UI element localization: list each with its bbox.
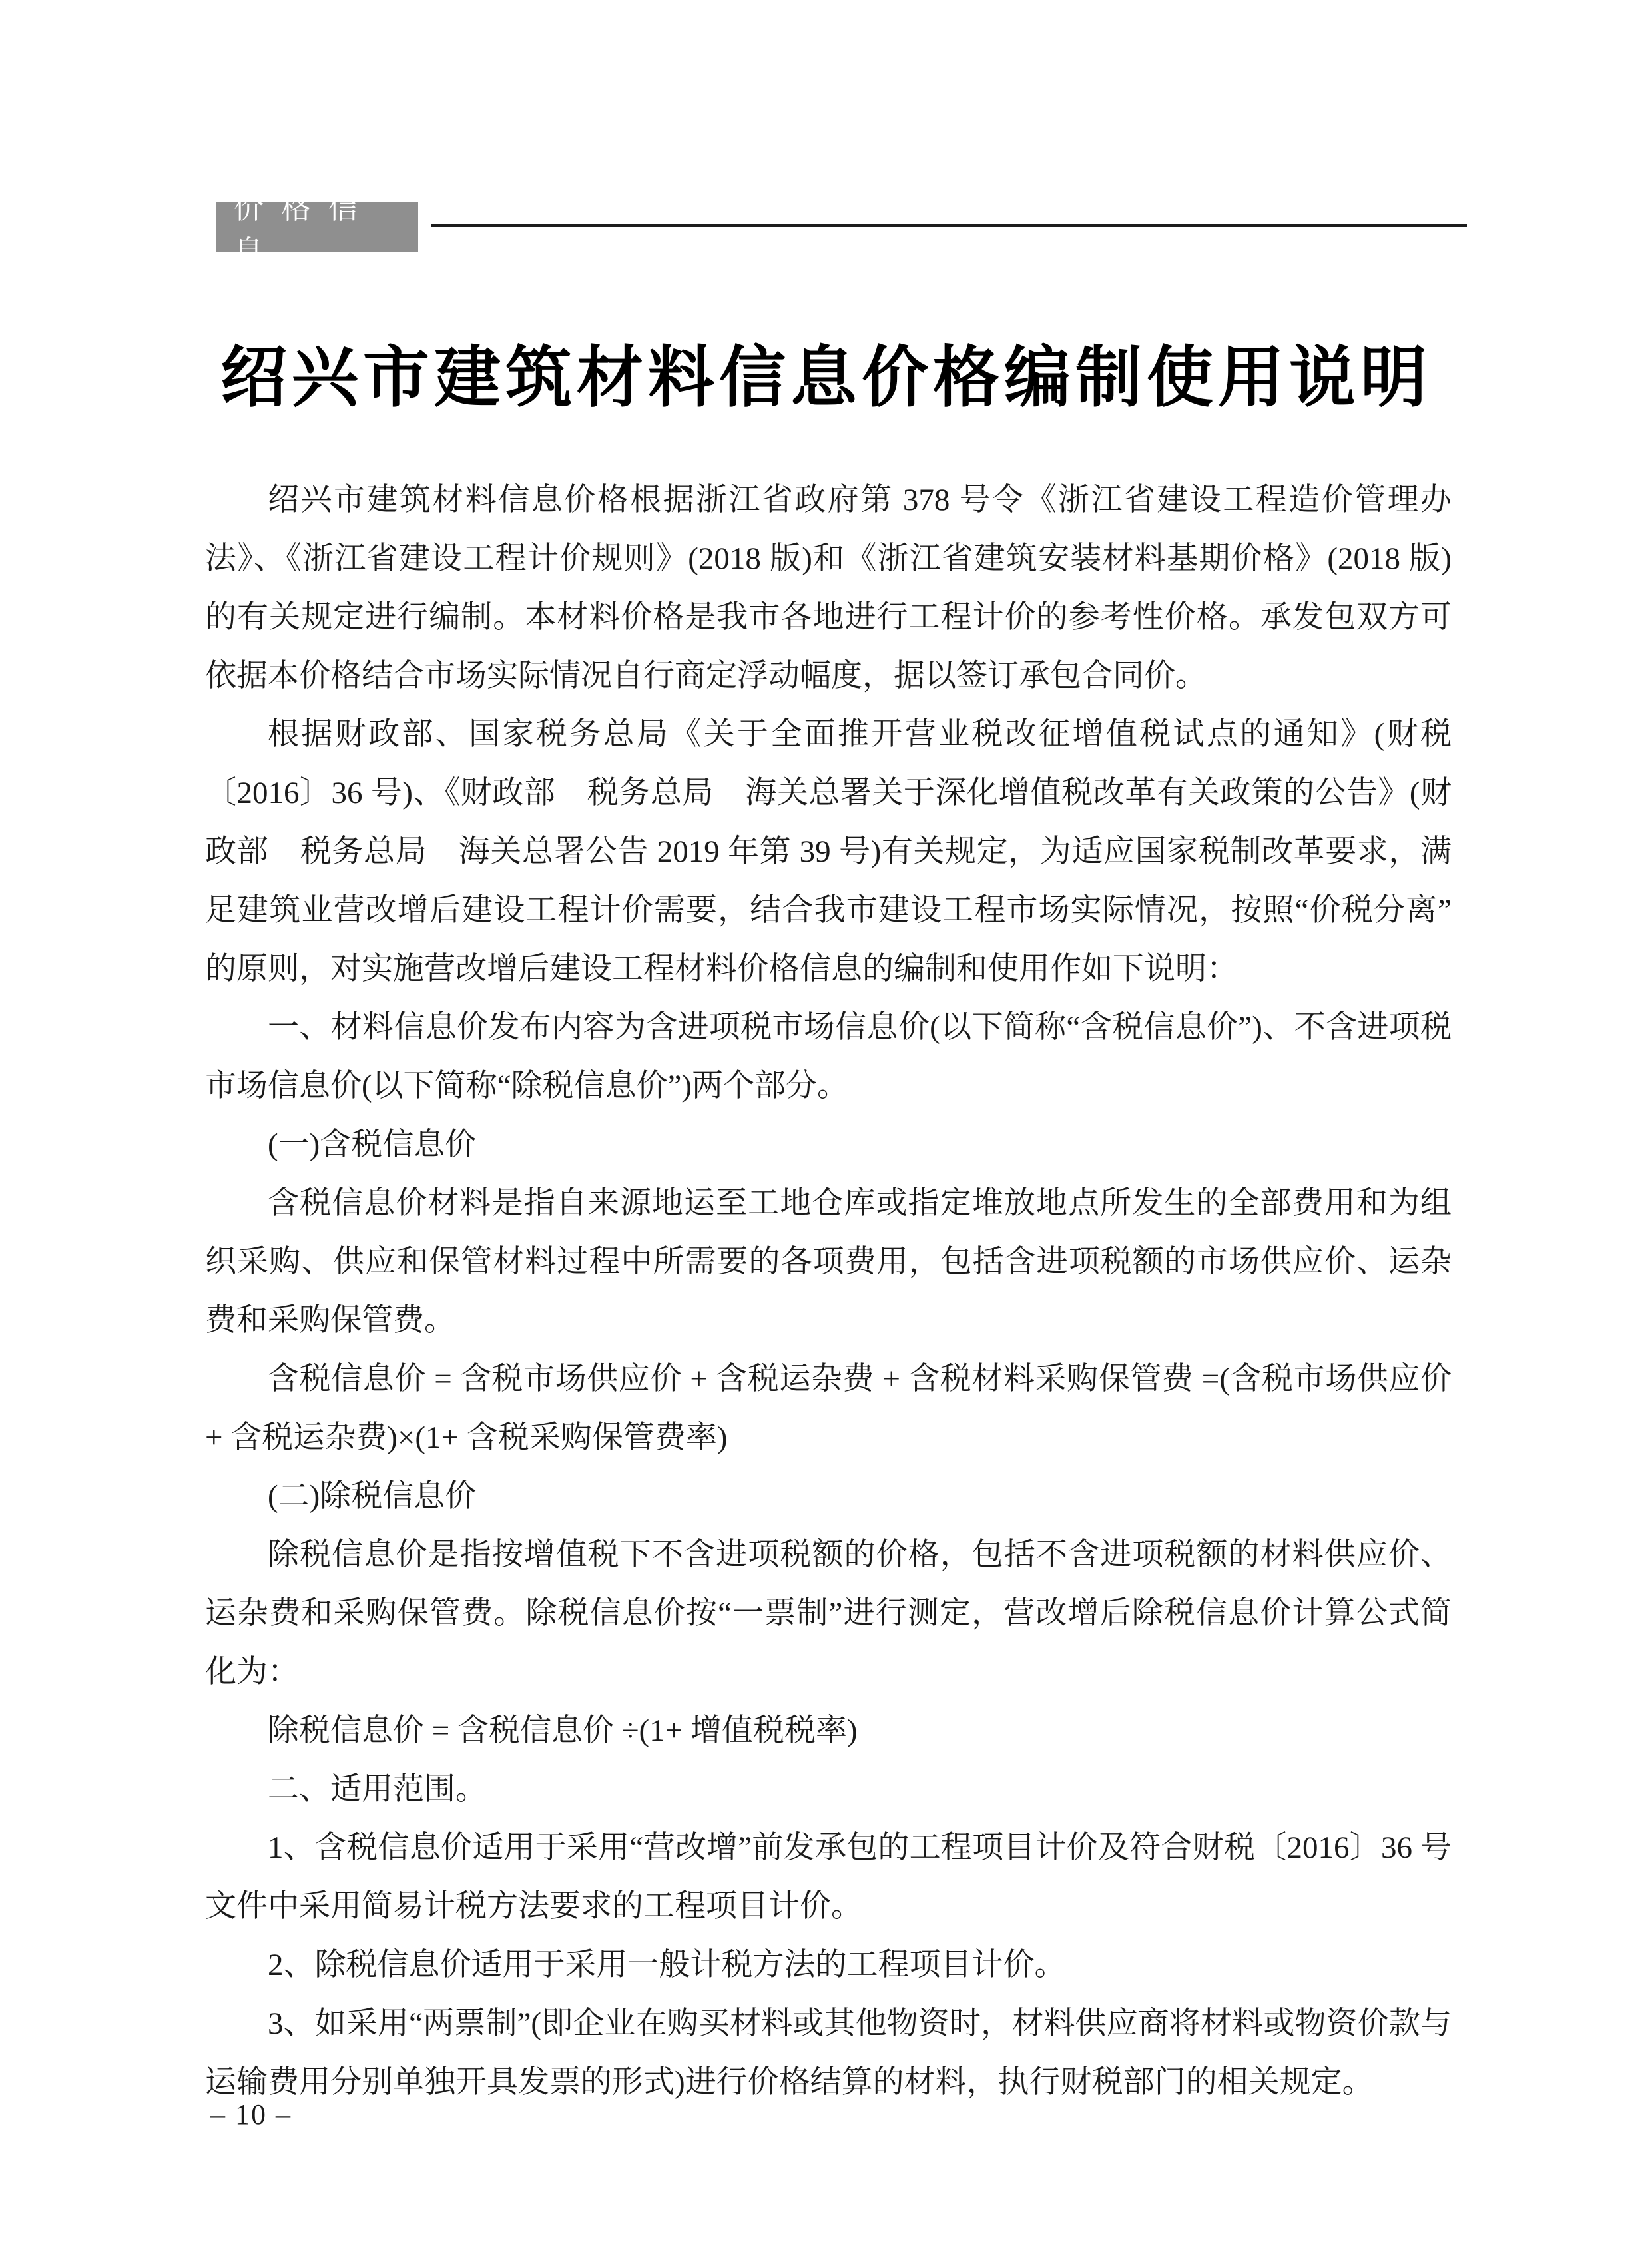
paragraph-taxed-price-definition: 含税信息价材料是指自来源地运至工地仓库或指定堆放地点所发生的全部费用和为组织采购…	[205, 1174, 1452, 1350]
paragraph-heading-untaxed-price: (二)除税信息价	[205, 1467, 1452, 1526]
paragraph-tax-policy-basis: 根据财政部、国家税务总局《关于全面推开营业税改征增值税试点的通知》(财税〔201…	[205, 705, 1452, 998]
paragraph-item-1-content: 一、材料信息价发布内容为含进项税市场信息价(以下简称“含税信息价”)、不含进项税…	[205, 998, 1452, 1115]
paragraph-scope-rule-2: 2、除税信息价适用于采用一般计税方法的工程项目计价。	[205, 1936, 1452, 1994]
section-badge: 价格信息	[216, 202, 418, 252]
paragraph-scope-rule-1: 1、含税信息价适用于采用“营改增”前发承包的工程项目计价及符合财税〔2016〕3…	[205, 1819, 1452, 1936]
page-title: 绍兴市建筑材料信息价格编制使用说明	[0, 341, 1652, 416]
page-number: – 10 –	[210, 2098, 292, 2131]
paragraph-intro-basis: 绍兴市建筑材料信息价格根据浙江省政府第 378 号令《浙江省建设工程造价管理办法…	[205, 471, 1452, 705]
document-page: 价格信息 绍兴市建筑材料信息价格编制使用说明 绍兴市建筑材料信息价格根据浙江省政…	[0, 0, 1652, 2258]
header-rule	[431, 224, 1467, 227]
paragraph-scope-rule-3: 3、如采用“两票制”(即企业在购买材料或其他物资时，材料供应商将材料或物资价款与…	[205, 1994, 1452, 2112]
paragraph-taxed-price-formula: 含税信息价 = 含税市场供应价 + 含税运杂费 + 含税材料采购保管费 =(含税…	[205, 1350, 1452, 1467]
document-body: 绍兴市建筑材料信息价格根据浙江省政府第 378 号令《浙江省建设工程造价管理办法…	[205, 471, 1452, 2112]
paragraph-untaxed-price-formula: 除税信息价 = 含税信息价 ÷(1+ 增值税税率)	[205, 1701, 1452, 1760]
paragraph-heading-scope: 二、适用范围。	[205, 1760, 1452, 1819]
paragraph-untaxed-price-definition: 除税信息价是指按增值税下不含进项税额的价格，包括不含进项税额的材料供应价、运杂费…	[205, 1526, 1452, 1701]
paragraph-heading-taxed-price: (一)含税信息价	[205, 1115, 1452, 1174]
